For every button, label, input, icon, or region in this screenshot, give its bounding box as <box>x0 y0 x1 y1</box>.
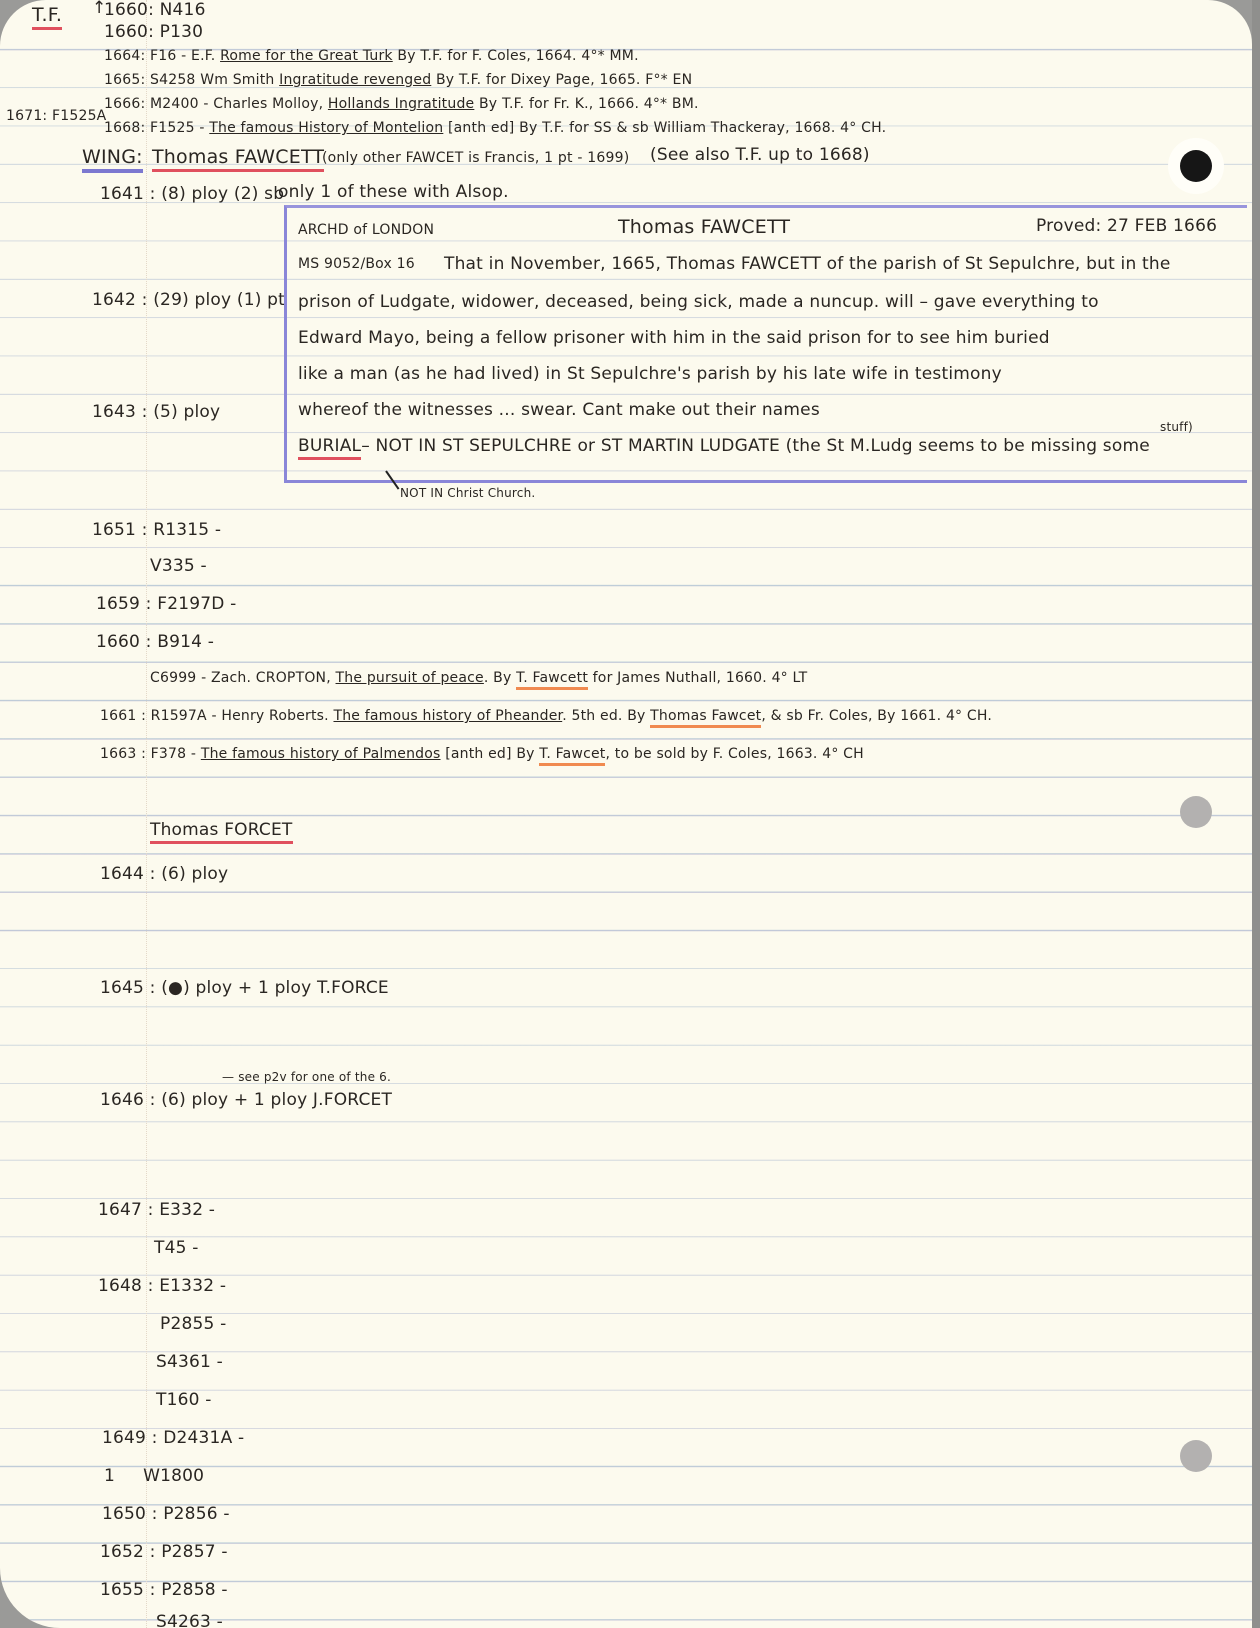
ref-row: V335 - <box>150 556 207 576</box>
header-line-2: 1660: P130 <box>104 22 203 42</box>
ref-row: 1648 : E1332 - <box>98 1276 226 1296</box>
ref-row: 1649 : D2431A - <box>102 1428 244 1448</box>
will-line-2: prison of Ludgate, widower, deceased, be… <box>298 292 1099 312</box>
initials-heading: T.F. <box>32 4 62 30</box>
ref-row: S4263 - <box>156 1612 223 1628</box>
entry-1642: 1642 : (29) ploy (1) pt <box>92 290 285 310</box>
burial-arrow-note: NOT IN Christ Church. <box>400 486 535 500</box>
ref-row: T160 - <box>156 1390 212 1410</box>
will-line-4: like a man (as he had lived) in St Sepul… <box>298 364 1002 384</box>
ref-row: 1659 : F2197D - <box>96 594 237 614</box>
header-line-5: 1666: M2400 - Charles Molloy, Hollands I… <box>104 96 699 112</box>
ref-row: T45 - <box>154 1238 199 1258</box>
header-line-3: 1664: F16 - E.F. Rome for the Great Turk… <box>104 48 639 64</box>
header-line-1: 1660: N416 <box>104 0 206 20</box>
punch-hole-top <box>1180 150 1212 182</box>
ref-row: C6999 - Zach. CROPTON, The pursuit of pe… <box>150 670 807 686</box>
ref-row: 1655 : P2858 - <box>100 1580 228 1600</box>
ref-row: S4361 - <box>156 1352 223 1372</box>
wing-label: WING: <box>82 146 143 173</box>
header-line-6: 1668: F1525 - The famous History of Mont… <box>104 120 886 136</box>
margin-line <box>146 0 148 1628</box>
ref-row: 1651 : R1315 - <box>92 520 221 540</box>
archive-label: ARCHD of LONDON <box>298 222 434 238</box>
notebook-page: T.F. ↑ 1660: N416 1660: P130 1664: F16 -… <box>0 0 1252 1628</box>
will-line-1: That in November, 1665, Thomas FAWCETT o… <box>444 254 1171 274</box>
ref-row: 1647 : E332 - <box>98 1200 215 1220</box>
ref-row: 1652 : P2857 - <box>100 1542 228 1562</box>
forcet-1646-note: — see p2v for one of the 6. <box>222 1070 391 1084</box>
ms-reference: MS 9052/Box 16 <box>298 256 415 272</box>
will-line-5: whereof the witnesses ... swear. Cant ma… <box>298 400 820 420</box>
ref-row: 1 W1800 <box>104 1466 204 1486</box>
ref-row: 1663 : F378 - The famous history of Palm… <box>100 746 864 762</box>
will-name: Thomas FAWCETT <box>618 216 790 238</box>
ref-row: 1661 : R1597A - Henry Roberts. The famou… <box>100 708 992 724</box>
burial-line: BURIAL– NOT IN ST SEPULCHRE or ST MARTIN… <box>298 436 1150 456</box>
forcet-entry-1645: 1645 : (●) ploy + 1 ploy T.FORCE <box>100 978 389 998</box>
entry-1643: 1643 : (5) ploy <box>92 402 220 422</box>
burial-note-insert: stuff) <box>1160 420 1193 434</box>
scanner-edge <box>1252 0 1260 1628</box>
ref-row: 1650 : P2856 - <box>102 1504 230 1524</box>
margin-note: 1671: F1525A <box>6 108 106 124</box>
entry-1641-note: only 1 of these with Alsop. <box>278 182 509 202</box>
ref-row: P2855 - <box>160 1314 226 1334</box>
forcet-entry-1644: 1644 : (6) ploy <box>100 864 228 884</box>
will-line-3: Edward Mayo, being a fellow prisoner wit… <box>298 328 1050 348</box>
proved-date: Proved: 27 FEB 1666 <box>1036 216 1217 236</box>
entry-1641: 1641 : (8) ploy (2) sb <box>100 184 284 204</box>
forcet-heading: Thomas FORCET <box>150 820 293 844</box>
ref-row: 1660 : B914 - <box>96 632 214 652</box>
wing-see-also: (See also T.F. up to 1668) <box>650 145 870 165</box>
wing-name: Thomas FAWCETT <box>152 146 324 172</box>
forcet-entry-1646: 1646 : (6) ploy + 1 ploy J.FORCET <box>100 1090 392 1110</box>
punch-hole-bottom <box>1180 1440 1212 1472</box>
header-line-4: 1665: S4258 Wm Smith Ingratitude revenge… <box>104 72 692 88</box>
wing-note: (only other FAWCET is Francis, 1 pt - 16… <box>322 150 629 166</box>
punch-hole-middle <box>1180 796 1212 828</box>
